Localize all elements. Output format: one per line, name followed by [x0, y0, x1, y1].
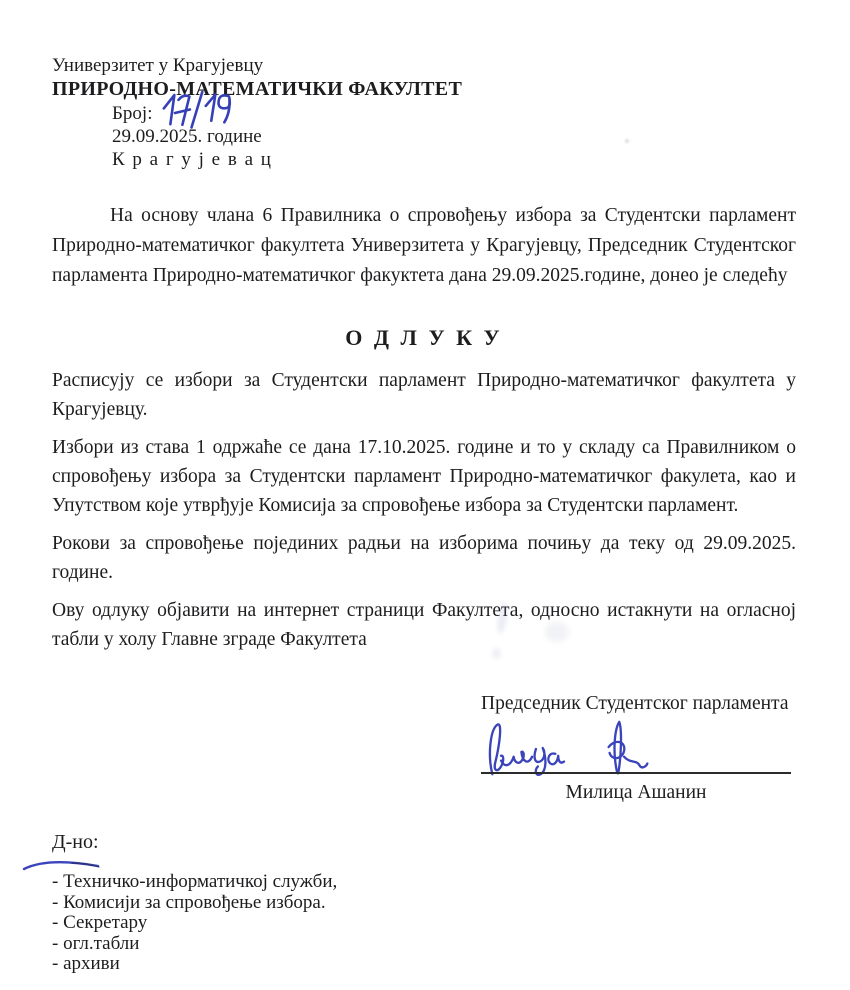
distribution-items: - Техничко-информатичкој служби, - Комис… — [52, 872, 796, 975]
intro-paragraph: На основу члана 6 Правилника о спровођењ… — [52, 201, 796, 291]
signature-line — [481, 772, 791, 774]
distribution-item: - Секретару — [52, 913, 796, 934]
body-paragraph-3: Рокови за спровођење појединих радњи на … — [52, 529, 796, 587]
document-page: Универзитет у Крагујевцу ПРИРОДНО-МАТЕМА… — [0, 0, 850, 990]
signature-name: Милица Ашанин — [481, 782, 791, 804]
distribution-item: - Комисији за спровођење избора. — [52, 893, 796, 914]
handwritten-number-icon: 17/19 — [159, 88, 249, 137]
signature-block: Милица Ашанин — [481, 716, 791, 812]
body-paragraph-1: Расписују се избори за Студентски парлам… — [52, 366, 796, 424]
distribution-item: - Техничко-информатичкој служби, — [52, 872, 796, 893]
signature-role: Председник Студентског парламента — [481, 692, 796, 716]
decision-title: О Д Л У К У — [52, 324, 796, 352]
pen-stroke-icon — [22, 857, 102, 878]
distribution-section: Д-но: - Техничко-информатичкој служби, -… — [52, 830, 796, 975]
body-paragraph-4: Ову одлуку објавити на интернет страници… — [52, 596, 796, 654]
distribution-label: Д-но: — [52, 830, 796, 854]
letterhead-meta: Број: 17/19 29.09. — [112, 102, 796, 171]
doc-city: К р а г у ј е в а ц — [112, 148, 796, 171]
university-name: Универзитет у Крагујевцу — [52, 54, 796, 77]
doc-number-line: Број: 17/19 — [112, 102, 796, 125]
letterhead: Универзитет у Крагујевцу ПРИРОДНО-МАТЕМА… — [52, 54, 796, 171]
distribution-item: - огл.табли — [52, 934, 796, 955]
distribution-item: - архиви — [52, 954, 796, 975]
body-paragraph-2: Избори из става 1 одржаће се дана 17.10.… — [52, 433, 796, 520]
handwritten-signature-icon — [481, 718, 711, 785]
doc-number-label: Број: — [112, 103, 152, 124]
